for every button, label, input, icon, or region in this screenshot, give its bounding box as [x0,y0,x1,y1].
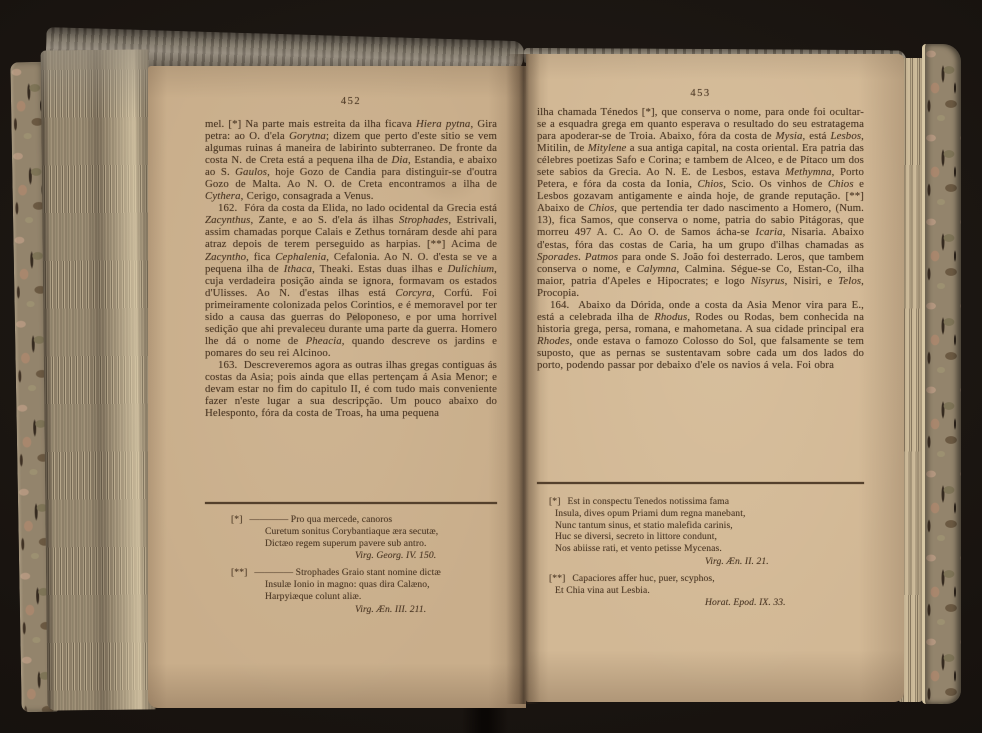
footnote-marker: [*] [549,496,561,507]
footnote-line: Nunc tantum sinus, et statio malefida ca… [537,520,864,532]
paragraph: 164. Abaixo da Dórida, onde a costa da A… [537,299,864,371]
photo-of-open-book: 452 mel. [*] Na parte mais estreita da i… [0,0,982,733]
footnote-line: ———— Pro qua mercede, canoros [250,514,393,525]
paragraph: 162. Fóra da costa da Elida, no lado oci… [205,202,497,359]
paragraph: mel. [*] Na parte mais estreita da ilha … [205,118,497,202]
footnote: [*]Est in conspectu Tenedos notissima fa… [537,496,864,568]
footnote-line: Capaciores affer huc, puer, scyphos, [572,573,714,584]
footnote-citation: Virg. Æn. III. 211. [205,604,497,616]
footnote-citation: Horat. Epod. IX. 33. [537,597,864,609]
page-453-footnotes: [*]Est in conspectu Tenedos notissima fa… [537,496,864,614]
footnote-marker: [**] [549,573,565,584]
page-453-body: ilha chamada Ténedos [*], que conserva o… [537,106,864,480]
page-452: 452 mel. [*] Na parte mais estreita da i… [148,66,526,708]
footnote: [*]———— Pro qua mercede, canoros Curetum… [205,514,497,562]
page-number-right: 453 [537,88,864,99]
footnote-citation: Virg. Æn. II. 21. [537,556,864,568]
footnote-line: Insulæ Ionio in magno: quas dira Calæno, [205,579,497,591]
footnote-line: Nos abiisse rati, et vento petisse Mycen… [537,543,864,555]
footnote-line: Est in conspectu Tenedos notissima fama [568,496,730,507]
right-cover-marbled [922,44,961,704]
footnote-line: Dictæo regem superum pavere sub antro. [205,538,497,550]
footnote-marker: [*] [231,514,243,525]
footnote-line: Harpyiæque colunt aliæ. [205,591,497,603]
footnote-separator-rule [205,502,497,504]
footnote-line: ———— Strophades Graio stant nomine dictæ [254,567,441,578]
footnote-separator-rule [537,482,864,484]
footnote-citation: Virg. Georg. IV. 150. [205,550,497,562]
footnote-line: Insula, dives opum Priami dum regna mane… [537,508,864,520]
footnote-line: Et Chia vina aut Lesbia. [537,585,864,597]
fore-edge-page-stack [41,49,156,710]
page-number-left: 452 [205,96,497,107]
footnote-line: Huc se diversi, secreto in littore condu… [537,531,864,543]
page-452-body: mel. [*] Na parte mais estreita da ilha … [205,118,497,502]
page-452-footnotes: [*]———— Pro qua mercede, canoros Curetum… [205,514,497,620]
paragraph: 163. Descreveremos agora as outras ilhas… [205,359,497,419]
footnote-marker: [**] [231,567,247,578]
page-453: 453 ilha chamada Ténedos [*], que conser… [526,54,904,702]
footnote-line: Curetum sonitus Corybantiaque æra secutæ… [205,526,497,538]
paragraph: ilha chamada Ténedos [*], que conserva o… [537,106,864,299]
footnote: [**]———— Strophades Graio stant nomine d… [205,567,497,615]
footnote: [**]Capaciores affer huc, puer, scyphos,… [537,573,864,609]
